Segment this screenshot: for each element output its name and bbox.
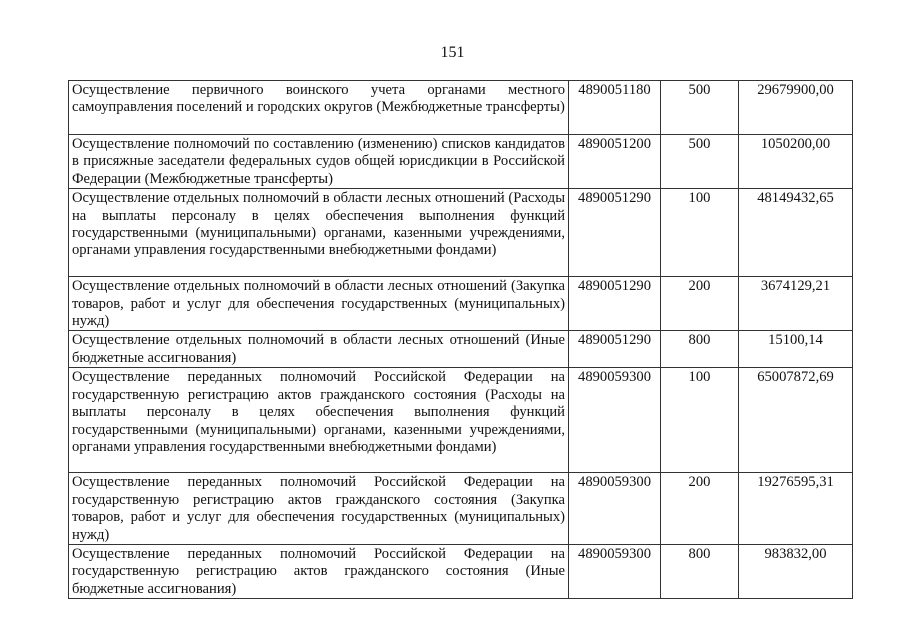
- table-row: Осуществление первичного воинского учета…: [69, 81, 853, 135]
- row-amount: 48149432,65: [739, 189, 853, 277]
- row-description: Осуществление переданных полномочий Росс…: [69, 368, 569, 473]
- budget-table: Осуществление первичного воинского учета…: [68, 80, 853, 599]
- row-amount: 65007872,69: [739, 368, 853, 473]
- table-row: Осуществление переданных полномочий Росс…: [69, 545, 853, 599]
- table-row: Осуществление переданных полномочий Росс…: [69, 473, 853, 545]
- row-amount: 15100,14: [739, 331, 853, 368]
- table-row: Осуществление отдельных полномочий в обл…: [69, 277, 853, 331]
- row-target-article: 4890051290: [569, 277, 661, 331]
- row-amount: 3674129,21: [739, 277, 853, 331]
- row-expense-type: 500: [661, 81, 739, 135]
- row-description: Осуществление переданных полномочий Росс…: [69, 545, 569, 599]
- row-target-article: 4890051200: [569, 135, 661, 189]
- row-target-article: 4890059300: [569, 473, 661, 545]
- row-expense-type: 100: [661, 368, 739, 473]
- row-target-article: 4890051290: [569, 331, 661, 368]
- row-expense-type: 800: [661, 545, 739, 599]
- row-amount: 983832,00: [739, 545, 853, 599]
- row-expense-type: 100: [661, 189, 739, 277]
- row-target-article: 4890059300: [569, 368, 661, 473]
- table-row: Осуществление отдельных полномочий в обл…: [69, 331, 853, 368]
- row-expense-type: 200: [661, 473, 739, 545]
- row-description: Осуществление отдельных полномочий в обл…: [69, 277, 569, 331]
- row-description: Осуществление отдельных полномочий в обл…: [69, 331, 569, 368]
- row-expense-type: 500: [661, 135, 739, 189]
- row-description: Осуществление первичного воинского учета…: [69, 81, 569, 135]
- row-description: Осуществление полномочий по составлению …: [69, 135, 569, 189]
- row-target-article: 4890051290: [569, 189, 661, 277]
- row-description: Осуществление отдельных полномочий в обл…: [69, 189, 569, 277]
- row-amount: 19276595,31: [739, 473, 853, 545]
- table-row: Осуществление отдельных полномочий в обл…: [69, 189, 853, 277]
- table-row: Осуществление переданных полномочий Росс…: [69, 368, 853, 473]
- row-amount: 1050200,00: [739, 135, 853, 189]
- page-number: 151: [0, 44, 905, 62]
- row-amount: 29679900,00: [739, 81, 853, 135]
- row-target-article: 4890051180: [569, 81, 661, 135]
- row-expense-type: 200: [661, 277, 739, 331]
- table-row: Осуществление полномочий по составлению …: [69, 135, 853, 189]
- row-target-article: 4890059300: [569, 545, 661, 599]
- row-description: Осуществление переданных полномочий Росс…: [69, 473, 569, 545]
- row-expense-type: 800: [661, 331, 739, 368]
